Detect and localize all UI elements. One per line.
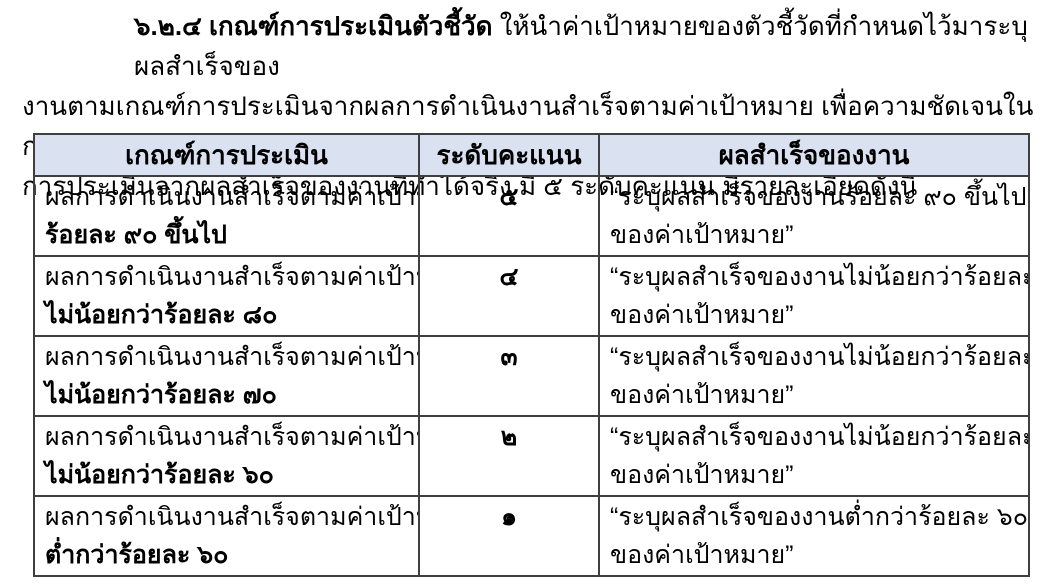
criteria-text: ผลการดำเนินงานสำเร็จตามค่าเป้าหมาย: [45, 338, 408, 376]
result-text: “ระบุผลสำเร็จของงานต่ำกว่าร้อยละ ๖๐: [610, 498, 1018, 536]
criteria-cell: ผลการดำเนินงานสำเร็จตามค่าเป้าหมาย ไม่น้…: [34, 416, 419, 496]
result-text: ของค่าเป้าหมาย”: [610, 536, 1018, 574]
score-cell: ๓: [419, 336, 599, 416]
table-row: ผลการดำเนินงานสำเร็จตามค่าเป้าหมาย ไม่น้…: [34, 336, 1029, 416]
result-text: ของค่าเป้าหมาย”: [610, 456, 1018, 494]
result-cell: “ระบุผลสำเร็จของงานต่ำกว่าร้อยละ ๖๐ ของค…: [599, 496, 1029, 576]
column-header-criteria: เกณฑ์การประเมิน: [34, 134, 419, 176]
column-header-score: ระดับคะแนน: [419, 134, 599, 176]
result-cell: “ระบุผลสำเร็จของงานไม่น้อยกว่าร้อยละ ๗๐ …: [599, 336, 1029, 416]
criteria-table: เกณฑ์การประเมิน ระดับคะแนน ผลสำเร็จของงา…: [33, 133, 1030, 577]
result-text: ของค่าเป้าหมาย”: [610, 296, 1018, 334]
criteria-threshold: ร้อยละ ๙๐ ขึ้นไป: [45, 216, 408, 254]
result-text: “ระบุผลสำเร็จของงานไม่น้อยกว่าร้อยละ ๘๐: [610, 258, 1018, 296]
criteria-text: ผลการดำเนินงานสำเร็จตามค่าเป้าหมาย: [45, 178, 408, 216]
score-cell: ๔: [419, 256, 599, 336]
result-cell: “ระบุผลสำเร็จของงานไม่น้อยกว่าร้อยละ ๘๐ …: [599, 256, 1029, 336]
table-header-row: เกณฑ์การประเมิน ระดับคะแนน ผลสำเร็จของงา…: [34, 134, 1029, 176]
criteria-threshold: ไม่น้อยกว่าร้อยละ ๘๐: [45, 296, 408, 334]
criteria-cell: ผลการดำเนินงานสำเร็จตามค่าเป้าหมาย ร้อยล…: [34, 176, 419, 256]
criteria-cell: ผลการดำเนินงานสำเร็จตามค่าเป้าหมาย ไม่น้…: [34, 336, 419, 416]
table-row: ผลการดำเนินงานสำเร็จตามค่าเป้าหมาย ต่ำกว…: [34, 496, 1029, 576]
criteria-text: ผลการดำเนินงานสำเร็จตามค่าเป้าหมาย: [45, 498, 408, 536]
result-text: ของค่าเป้าหมาย”: [610, 376, 1018, 414]
result-cell: “ระบุผลสำเร็จของงานร้อยละ ๙๐ ขึ้นไป ของค…: [599, 176, 1029, 256]
column-header-result: ผลสำเร็จของงาน: [599, 134, 1029, 176]
criteria-cell: ผลการดำเนินงานสำเร็จตามค่าเป้าหมาย ต่ำกว…: [34, 496, 419, 576]
intro-line-1: ๖.๒.๔ เกณฑ์การประเมินตัวชี้วัด ให้นำค่าเ…: [22, 6, 1038, 86]
result-text: “ระบุผลสำเร็จของงานไม่น้อยกว่าร้อยละ ๗๐: [610, 338, 1018, 376]
table-row: ผลการดำเนินงานสำเร็จตามค่าเป้าหมาย ร้อยล…: [34, 176, 1029, 256]
criteria-text: ผลการดำเนินงานสำเร็จตามค่าเป้าหมาย: [45, 258, 408, 296]
result-cell: “ระบุผลสำเร็จของงานไม่น้อยกว่าร้อยละ ๖๐ …: [599, 416, 1029, 496]
criteria-threshold: ต่ำกว่าร้อยละ ๖๐: [45, 536, 408, 574]
score-cell: ๒: [419, 416, 599, 496]
result-text: ของค่าเป้าหมาย”: [610, 216, 1018, 254]
criteria-cell: ผลการดำเนินงานสำเร็จตามค่าเป้าหมาย ไม่น้…: [34, 256, 419, 336]
score-cell: ๑: [419, 496, 599, 576]
criteria-threshold: ไม่น้อยกว่าร้อยละ ๗๐: [45, 376, 408, 414]
criteria-threshold: ไม่น้อยกว่าร้อยละ ๖๐: [45, 456, 408, 494]
result-text: “ระบุผลสำเร็จของงานไม่น้อยกว่าร้อยละ ๖๐: [610, 418, 1018, 456]
table-row: ผลการดำเนินงานสำเร็จตามค่าเป้าหมาย ไม่น้…: [34, 256, 1029, 336]
result-text: “ระบุผลสำเร็จของงานร้อยละ ๙๐ ขึ้นไป: [610, 178, 1018, 216]
document-page: ๖.๒.๔ เกณฑ์การประเมินตัวชี้วัด ให้นำค่าเ…: [0, 0, 1058, 584]
table-row: ผลการดำเนินงานสำเร็จตามค่าเป้าหมาย ไม่น้…: [34, 416, 1029, 496]
score-cell: ๕: [419, 176, 599, 256]
section-number-heading: ๖.๒.๔ เกณฑ์การประเมินตัวชี้วัด: [134, 11, 492, 41]
criteria-text: ผลการดำเนินงานสำเร็จตามค่าเป้าหมาย: [45, 418, 408, 456]
